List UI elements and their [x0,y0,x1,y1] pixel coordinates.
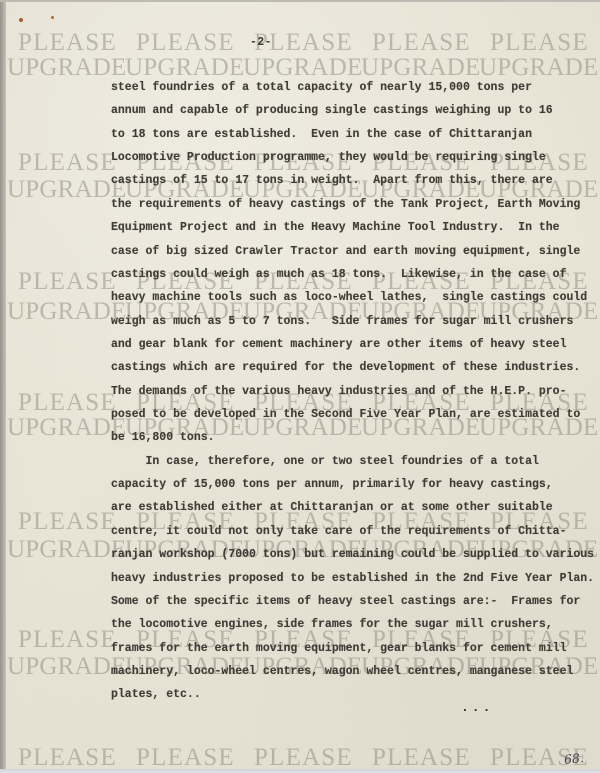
document-line: Locomotive Production programme, they wo… [111,146,600,169]
document-line: steel foundries of a total capacity of n… [111,76,600,99]
document-line: The demands of the various heavy industr… [111,380,600,403]
document-line: and gear blank for cement machinery are … [111,333,600,356]
document-line: castings could weigh as much as 18 tons.… [111,263,600,286]
document-line: the requirements of heavy castings of th… [111,193,600,216]
scan-edge-bottom [0,769,600,773]
document-line: machinery, loco-wheel centres, wagon whe… [111,660,600,683]
section-end-dots: ... [461,700,493,715]
document-line: weigh as much as 5 to 7 tons. Side frame… [111,310,600,333]
document-line: frames for the earth moving equipment, g… [111,637,600,660]
scan-edge-left [0,0,6,773]
document-line: plates, etc.. [111,683,600,706]
document-line: centre, it could not only take care of t… [111,520,600,543]
document-line: annum and capable of producing single ca… [111,99,600,122]
document-line: Some of the specific items of heavy stee… [111,590,600,613]
document-line: ranjan workshop (7000 tons) but remainin… [111,543,600,566]
document-line: be 16,800 tons. [111,426,600,449]
document-line: are established either at Chittaranjan o… [111,496,600,519]
document-line: In case, therefore, one or two steel fou… [111,450,600,473]
handwritten-folio-number: 68. [563,750,584,767]
typed-content-layer: -2- steel foundries of a total capacity … [0,0,600,773]
body-text: steel foundries of a total capacity of n… [111,76,600,707]
ink-speck [51,16,54,19]
scan-edge-top [0,0,600,2]
document-line: the locomotive engines, side frames for … [111,613,600,636]
document-line: case of big sized Crawler Tractor and ea… [111,240,600,263]
scanned-document-page: PLEASEPLEASEPLEASEPLEASEPLEASEPLEASEPLEA… [0,0,600,773]
document-line: Equipment Project and in the Heavy Machi… [111,216,600,239]
document-line: capacity of 15,000 tons per annum, prima… [111,473,600,496]
document-line: heavy machine tools such as loco-wheel l… [111,286,600,309]
document-line: posed to be developed in the Second Five… [111,403,600,426]
document-line: castings which are required for the deve… [111,356,600,379]
ink-speck [18,17,23,22]
document-line: heavy industries proposed to be establis… [111,567,600,590]
document-line: to 18 tons are established. Even in the … [111,123,600,146]
page-number: -2- [250,36,272,49]
document-line: castings of 15 to 17 tons in weight. Apa… [111,169,600,192]
